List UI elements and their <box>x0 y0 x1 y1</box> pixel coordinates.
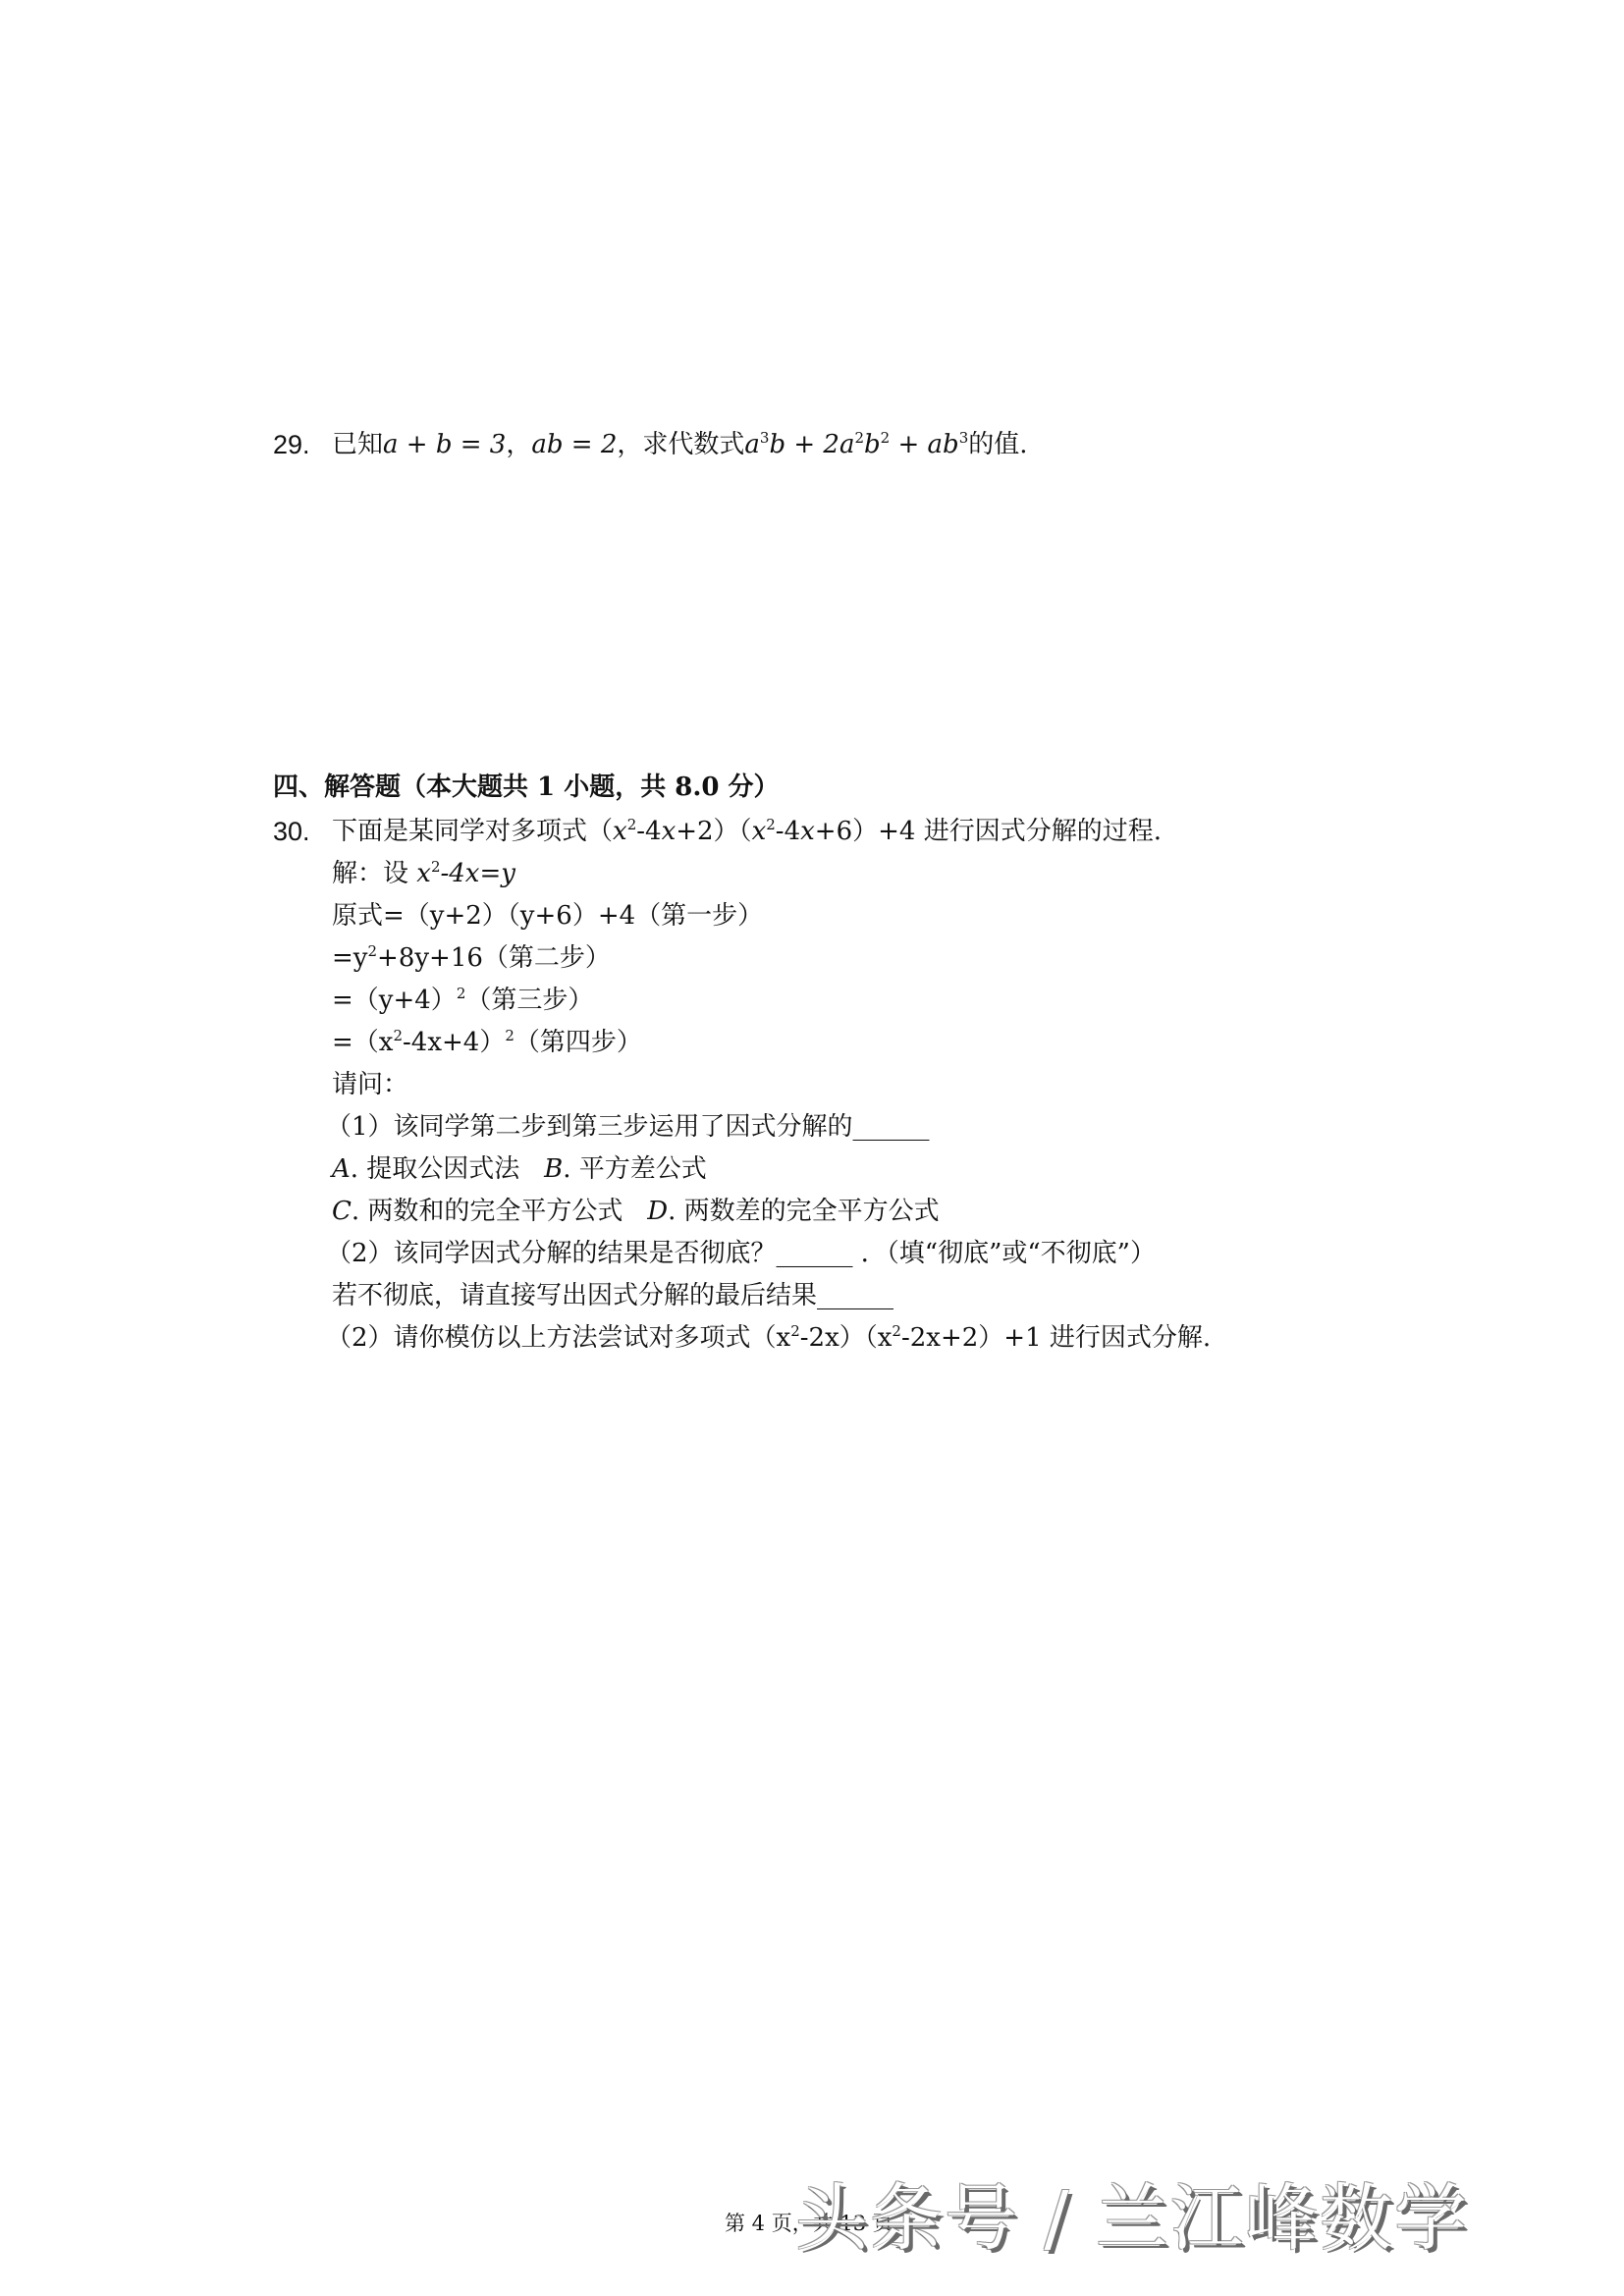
option-a-text: . 提取公因式法 <box>351 1154 520 1184</box>
q30-intro-part: -4 <box>636 817 661 846</box>
q29-exp: 2 <box>854 429 864 447</box>
step-3: =（y+4）2（第三步） <box>332 985 593 1016</box>
q29-cond1: a + b = 3 <box>383 430 506 459</box>
option-d-letter: D <box>647 1197 668 1226</box>
sub3-part: -2x+2）+1 进行因式分解. <box>901 1323 1211 1353</box>
option-d-text: . 两数差的完全平方公式 <box>668 1197 940 1226</box>
option-b-letter: B <box>544 1154 563 1184</box>
options-ab: A. 提取公因式法 B. 平方差公式 <box>332 1153 707 1185</box>
solution-setup: 解：设 x2-4x=y <box>332 858 515 889</box>
watermark: 头条号 / 兰江峰数学 <box>795 2174 1469 2263</box>
q29-middle: ，求代数式 <box>617 430 744 459</box>
question-30-intro: 下面是某同学对多项式（x2-4x+2）（x2-4x+6）+4 进行因式分解的过程… <box>332 816 1162 847</box>
sub-question-2b: 若不彻底，请直接写出因式分解的最后结果______ <box>332 1280 893 1311</box>
q30-intro-part: +6）+4 进行因式分解的过程. <box>815 817 1162 846</box>
sub3-part: -2x）（x <box>800 1323 893 1353</box>
var-x: x <box>613 817 627 846</box>
exp: 2 <box>627 816 637 833</box>
ask-label: 请问： <box>332 1069 408 1100</box>
q29-cond2: ab = 2 <box>531 430 617 459</box>
q30-intro-part: +2）（ <box>676 817 751 846</box>
step-part: +8y+16（第二步） <box>377 943 611 973</box>
q29-prefix: 已知 <box>332 430 383 459</box>
q29-suffix: 的值. <box>968 430 1027 459</box>
exp: 2 <box>790 1322 800 1340</box>
sub-question-1: （1）该同学第二步到第三步运用了因式分解的______ <box>326 1111 930 1143</box>
step-2: =y2+8y+16（第二步） <box>332 942 611 974</box>
step-part: -4x+4） <box>403 1028 505 1057</box>
step-part: （第四步） <box>514 1028 642 1057</box>
step-4: =（x2-4x+4）2（第四步） <box>332 1027 642 1058</box>
q29-exp: 3 <box>959 429 969 447</box>
step-part: （第三步） <box>465 986 593 1015</box>
exp: 2 <box>457 985 466 1002</box>
sub3-part: （2）请你模仿以上方法尝试对多项式（x <box>326 1323 790 1353</box>
exp: 2 <box>892 1322 901 1340</box>
exp: 2 <box>766 816 776 833</box>
q29-term2: + 2a <box>785 430 854 459</box>
section-4-title: 四、解答题（本大题共 1 小题，共 8.0 分） <box>273 772 780 803</box>
q30-intro-part: -4 <box>776 817 800 846</box>
option-c-letter: C <box>332 1197 352 1226</box>
q29-b: b <box>769 430 785 459</box>
var-x: x <box>800 817 815 846</box>
var-x: x <box>662 817 677 846</box>
step-part: =y <box>332 943 367 973</box>
var-x: x <box>416 859 431 888</box>
sol-rest: -4x=y <box>440 859 514 888</box>
exp: 2 <box>393 1027 403 1044</box>
q29-b: b <box>864 430 881 459</box>
exp: 2 <box>367 942 377 960</box>
options-cd: C. 两数和的完全平方公式 D. 两数差的完全平方公式 <box>332 1196 940 1227</box>
q29-term3: + ab <box>890 430 958 459</box>
option-c-text: . 两数和的完全平方公式 <box>352 1197 623 1226</box>
q30-intro-part: 下面是某同学对多项式（ <box>332 817 613 846</box>
q29-exp: 2 <box>881 429 891 447</box>
q29-a: a <box>744 430 760 459</box>
var-x: x <box>752 817 767 846</box>
step-part: =（x <box>332 1028 393 1057</box>
q29-sep: ， <box>506 430 531 459</box>
question-29-number: 29. <box>273 429 310 460</box>
question-29-text: 已知a + b = 3，ab = 2，求代数式a3b + 2a2b2 + ab3… <box>332 429 1028 460</box>
option-b-text: . 平方差公式 <box>563 1154 707 1184</box>
step-1: 原式=（y+2）（y+6）+4（第一步） <box>332 900 763 932</box>
exp: 2 <box>505 1027 514 1044</box>
question-30-number: 30. <box>273 816 310 847</box>
option-a-letter: A <box>332 1154 351 1184</box>
sub-question-3: （2）请你模仿以上方法尝试对多项式（x2-2x）（x2-2x+2）+1 进行因式… <box>326 1322 1211 1354</box>
sol-prefix: 解：设 <box>332 859 416 888</box>
step-part: =（y+4） <box>332 986 457 1015</box>
sub-question-2: （2）该同学因式分解的结果是否彻底？______ ．（填“彻底”或“不彻底”） <box>326 1238 1156 1269</box>
